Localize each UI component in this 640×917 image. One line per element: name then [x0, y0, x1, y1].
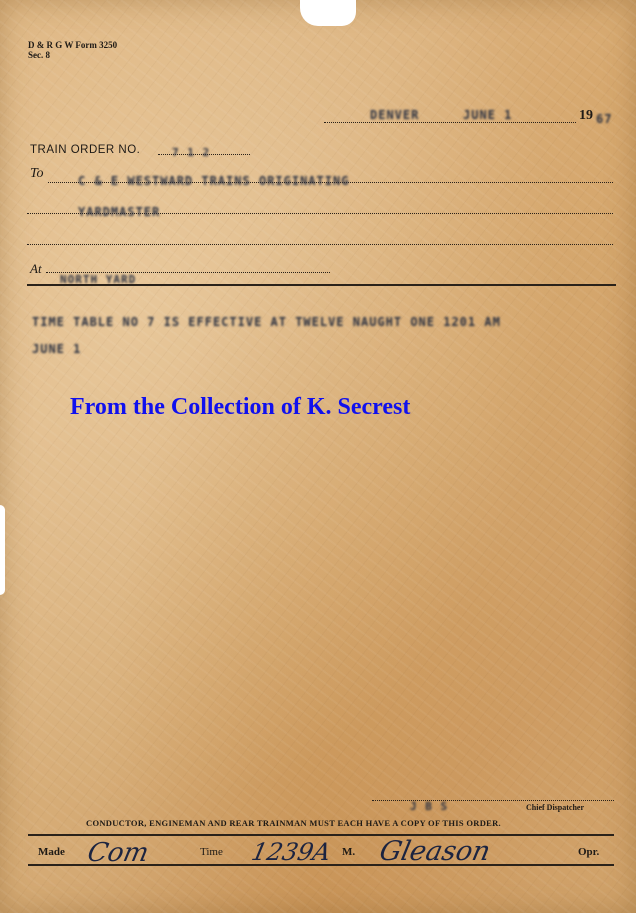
dispatcher-initials: J B S [410, 800, 448, 813]
dispatcher-line [372, 797, 614, 801]
train-order-label: TRAIN ORDER NO. [30, 144, 140, 156]
form-section: Sec. 8 [28, 50, 117, 60]
order-body-line-2: JUNE 1 [32, 342, 81, 356]
footer-rule-top [28, 834, 614, 836]
to-label: To [30, 166, 44, 182]
made-label: Made [38, 846, 65, 858]
blank-line [27, 240, 613, 245]
opr-label: Opr. [578, 846, 599, 858]
operator-signature: Gleason [377, 836, 493, 867]
time-value: 1239A [249, 838, 333, 866]
form-number: D & R G W Form 3250 [28, 40, 117, 50]
dispatcher-label: Chief Dispatcher [526, 803, 584, 812]
year-prefix: 19 [579, 108, 593, 124]
m-label: M. [342, 846, 355, 858]
train-order-form: D & R G W Form 3250 Sec. 8 DENVER JUNE 1… [0, 0, 636, 913]
date-line [324, 116, 576, 123]
at-label: At [30, 261, 42, 277]
torn-corner [300, 0, 356, 26]
footer-rule-bottom [28, 864, 614, 866]
to-value-1: C & E WESTWARD TRAINS ORIGINATING [78, 174, 349, 188]
train-order-number: 7 1 2 [172, 146, 210, 159]
place-value: DENVER [370, 108, 419, 122]
year-suffix: 67 [596, 112, 612, 126]
collection-watermark: From the Collection of K. Secrest [70, 394, 410, 421]
torn-edge [0, 505, 5, 595]
header-rule [27, 284, 616, 286]
to-value-2: YARDMASTER [78, 205, 160, 219]
time-label: Time [200, 846, 223, 858]
order-body-line-1: TIME TABLE NO 7 IS EFFECTIVE AT TWELVE N… [32, 315, 501, 329]
copy-notice: CONDUCTOR, ENGINEMAN AND REAR TRAINMAN M… [86, 818, 501, 828]
date-value: JUNE 1 [463, 108, 512, 122]
form-identifier: D & R G W Form 3250 Sec. 8 [28, 40, 117, 60]
